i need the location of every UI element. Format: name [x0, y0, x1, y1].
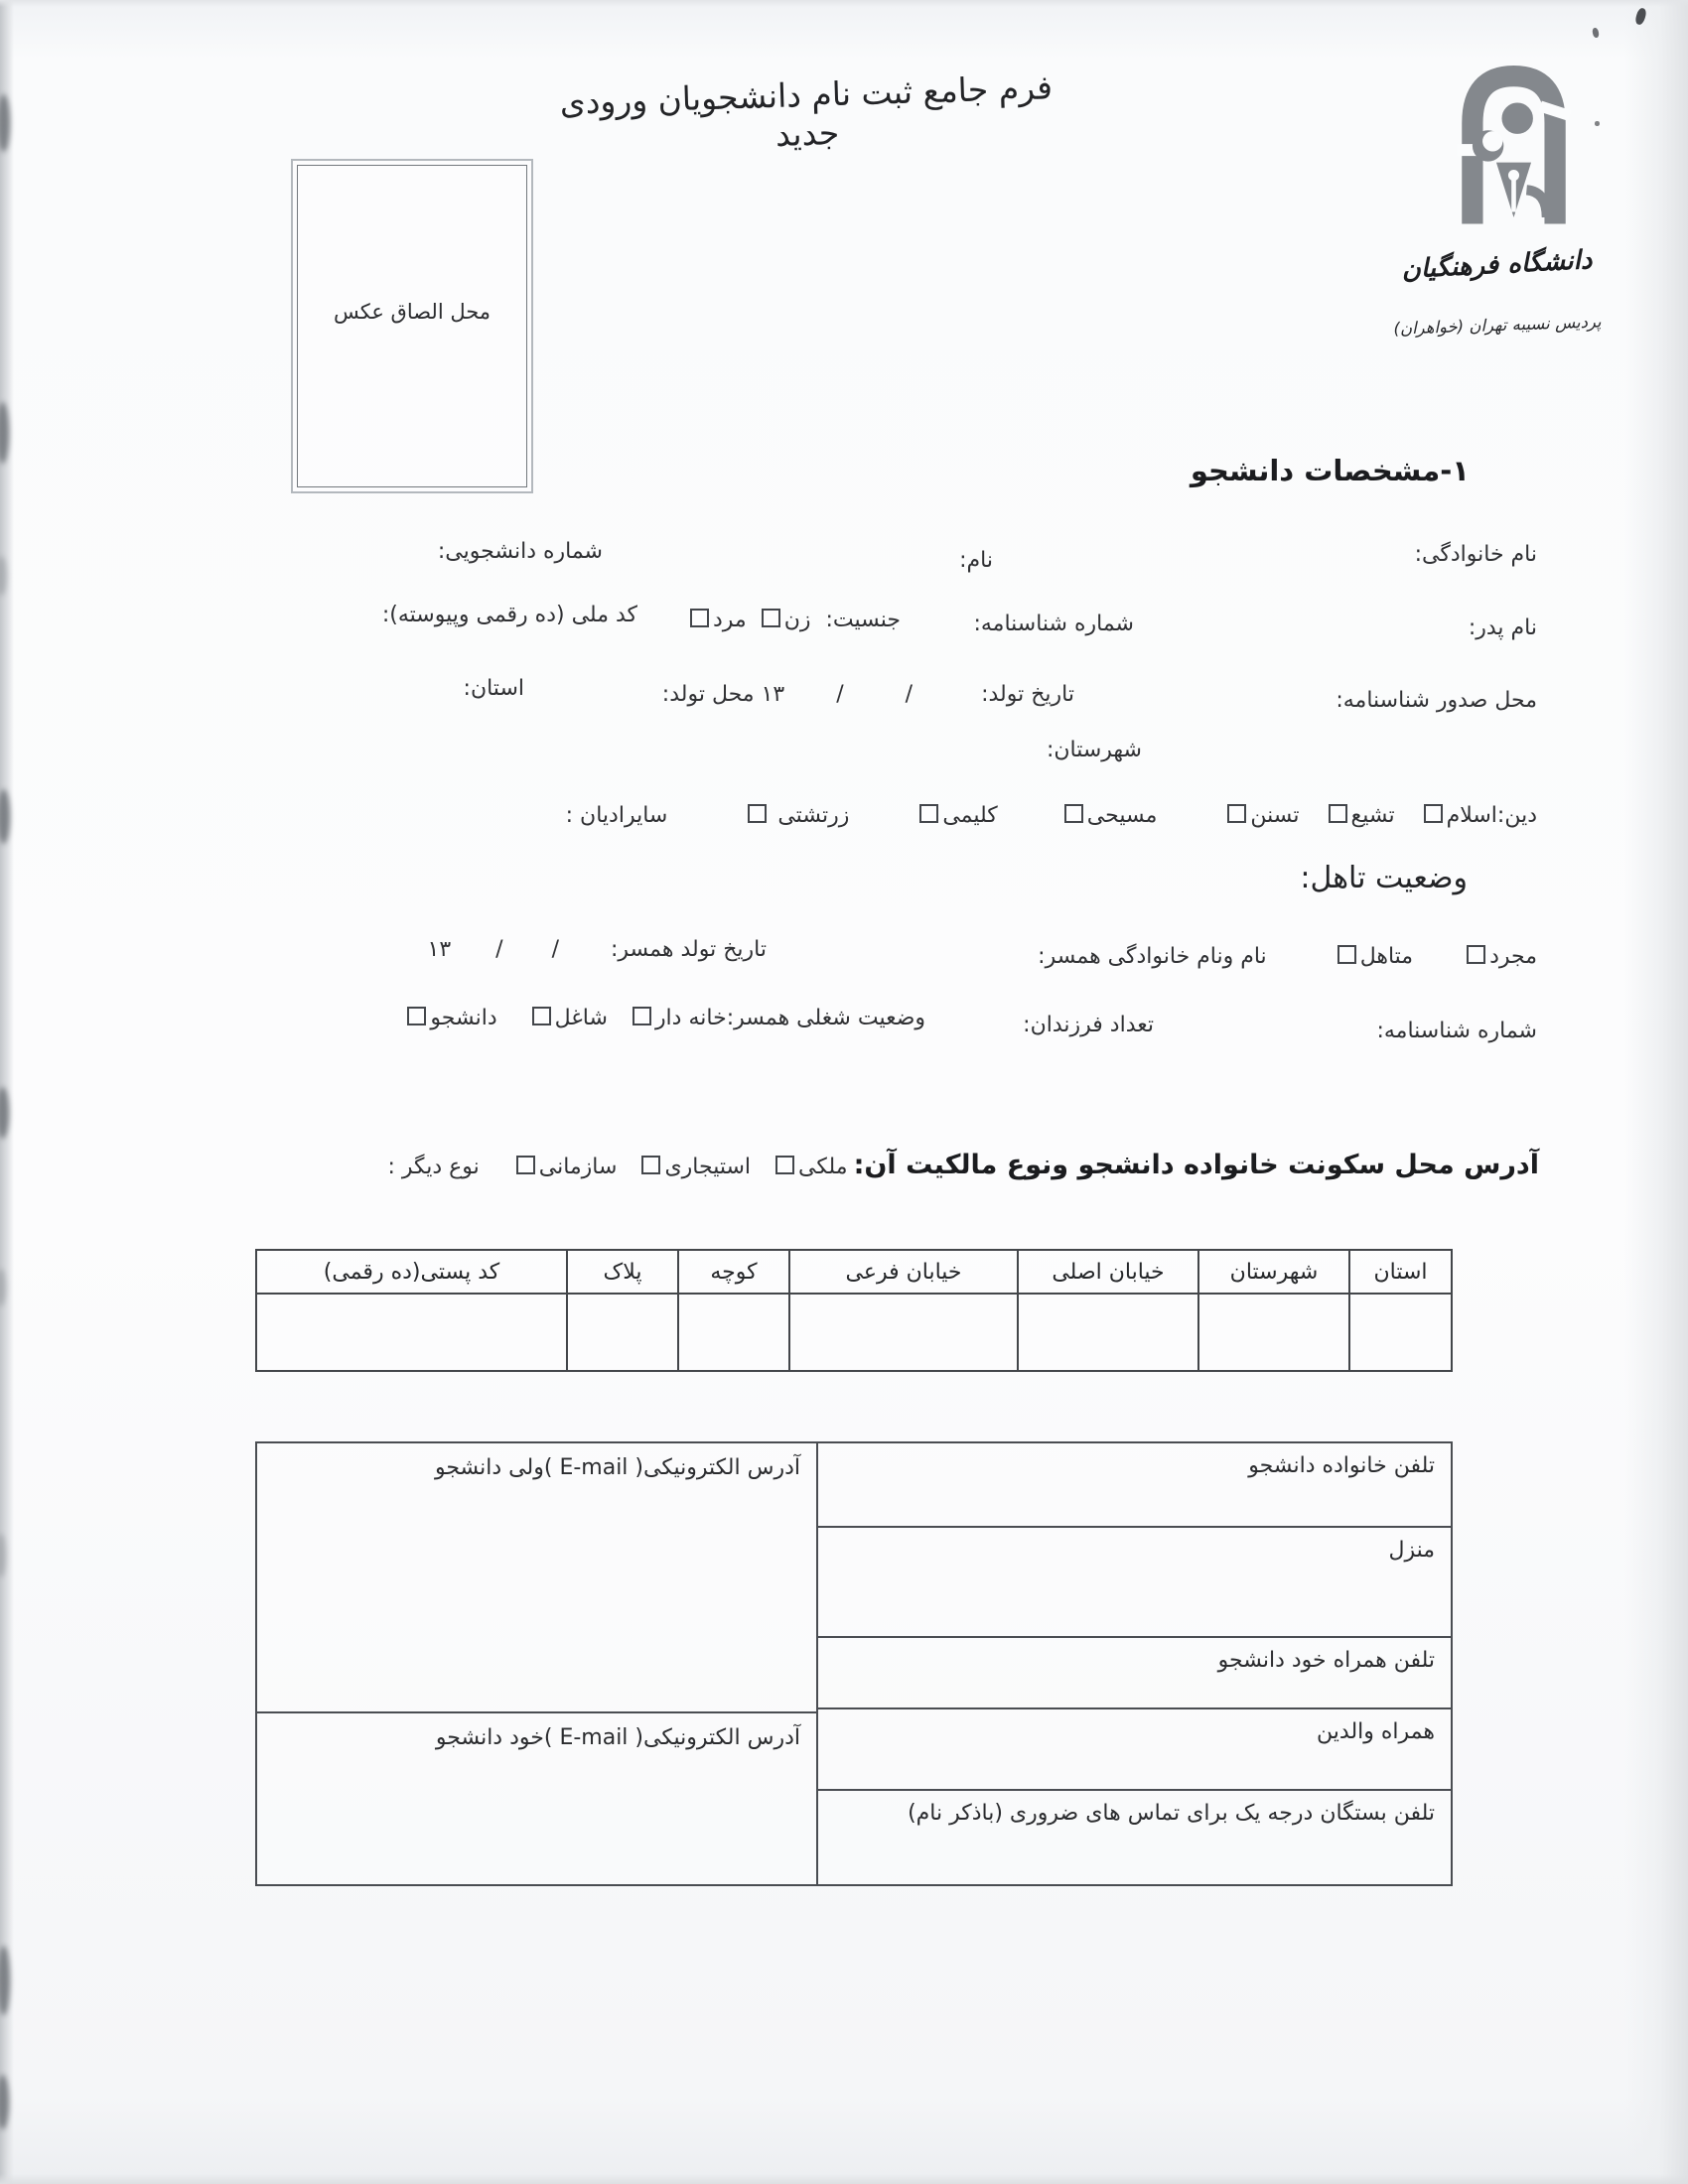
spouse-id-number-label: شماره شناسنامه: — [1376, 1019, 1537, 1043]
job-option: دانشجو — [405, 1006, 496, 1030]
id-number-label: شماره شناسنامه: — [973, 612, 1134, 636]
first-name-label: نام: — [959, 548, 993, 573]
religion-option: زرتشتی — [746, 803, 849, 828]
kalimi-checkbox — [919, 804, 938, 823]
owned-checkbox — [775, 1156, 794, 1174]
children-count-label: تعداد فرزندان: — [1023, 1013, 1154, 1037]
contact-table: آدرس الکترونیکی( E-mail )ولی دانشجو آدرس… — [255, 1441, 1453, 1886]
job-option: خانه دار — [631, 1006, 727, 1030]
ownership-option: استیجاری — [639, 1155, 751, 1179]
photo-box: محل الصاق عکس — [291, 159, 533, 493]
zartoshti-checkbox — [748, 804, 767, 823]
date-slash: / — [906, 682, 913, 707]
single-label: مجرد — [1465, 944, 1537, 969]
family-name-label: نام خانوادگی: — [1415, 542, 1537, 567]
birth-date-group: تاریخ تولد: / / ۱۳ محل تولد: — [662, 682, 1074, 707]
tashayo-checkbox — [1329, 804, 1347, 823]
address-cell-side-street — [788, 1295, 1017, 1370]
contact-table-phone-column: تلفن خانواده دانشجو منزل تلفن همراه خود … — [816, 1443, 1451, 1884]
student-number-label: شماره دانشجویی: — [438, 539, 603, 564]
address-cell-main-street — [1017, 1295, 1197, 1370]
address-cell-postal-code — [257, 1295, 566, 1370]
spouse-birth-group: تاریخ تولد همسر: / / ۱۳ — [428, 937, 767, 962]
phone-relatives-row: تلفن بستگان درجه یک برای تماس های ضروری … — [818, 1789, 1451, 1884]
address-cell-alley — [677, 1295, 788, 1370]
address-table-body-row — [257, 1295, 1451, 1370]
rented-checkbox — [641, 1156, 660, 1174]
phone-family-row: تلفن خانواده دانشجو — [818, 1443, 1451, 1526]
marital-status-row: مجرد متاهل نام ونام خانوادگی همسر: — [1038, 944, 1537, 969]
province-label: استان: — [464, 676, 524, 701]
section1-heading: ۱-مشخصات دانشجو — [1191, 454, 1470, 487]
date-slash: / — [552, 937, 559, 962]
birth-year-prefix: ۱۳ محل تولد: — [662, 682, 784, 707]
scan-edge-right — [1624, 0, 1688, 2184]
ownership-option: ملکی — [774, 1155, 848, 1179]
campus-name: پردیس نسیبه تهران (خواهران) — [1374, 312, 1621, 340]
address-heading: آدرس محل سکونت خانواده دانشجو ونوع مالکی… — [854, 1150, 1539, 1180]
job-option: شاغل — [530, 1006, 608, 1030]
other-ownership-label: نوع دیگر : — [388, 1155, 480, 1179]
address-header-plate: پلاک — [566, 1251, 677, 1295]
spouse-job-label: وضعیت شغلی همسر: — [727, 1006, 925, 1030]
spouse-birth-label: تاریخ تولد همسر: — [611, 937, 767, 962]
address-cell-county — [1197, 1295, 1348, 1370]
address-heading-row: آدرس محل سکونت خانواده دانشجو ونوع مالکی… — [388, 1150, 1540, 1180]
spouse-job-row: وضعیت شغلی همسر:خانه دار شاغل دانشجو — [405, 1006, 925, 1030]
university-name: دانشگاه فرهنگیان — [1379, 244, 1614, 286]
spouse-year-prefix: ۱۳ — [428, 937, 452, 962]
scanned-form-page: فرم جامع ثبت نام دانشجویان ورودی جدید دا… — [0, 0, 1688, 2184]
address-header-county: شهرستان — [1197, 1251, 1348, 1295]
spouse-name-label: نام ونام خانوادگی همسر: — [1038, 944, 1267, 969]
organizational-checkbox — [516, 1156, 535, 1174]
id-issue-place-label: محل صدور شناسنامه: — [1336, 688, 1537, 713]
address-header-main-street: خیابان اصلی — [1017, 1251, 1197, 1295]
phone-home-row: منزل — [818, 1526, 1451, 1636]
county-label: شهرستان: — [1047, 738, 1142, 762]
scan-edge-bottom — [0, 2174, 1688, 2184]
tasanon-checkbox — [1227, 804, 1246, 823]
address-cell-plate — [566, 1295, 677, 1370]
date-slash: / — [836, 682, 843, 707]
date-slash: / — [495, 937, 502, 962]
national-code-label: کد ملی (ده رقمی وپیوسته): — [382, 603, 637, 627]
father-name-label: نام پدر: — [1469, 615, 1537, 640]
student-checkbox — [407, 1007, 426, 1025]
photo-box-label: محل الصاق عکس — [334, 300, 491, 324]
religion-other-label: سایرادیان : — [566, 803, 668, 828]
gender-group: جنسیت: زن مرد — [688, 608, 901, 632]
religion-row: دین:اسلام تشیع تسنن مسیحی کلیمی زرتشتی س… — [566, 803, 1537, 828]
employed-checkbox — [532, 1007, 551, 1025]
phone-parents-mobile-row: همراه والدین — [818, 1707, 1451, 1789]
birth-date-label: تاریخ تولد: — [981, 682, 1074, 707]
marital-heading: وضعیت تاهل: — [1300, 861, 1468, 895]
address-header-postal-code: کد پستی(ده رقمی) — [257, 1251, 566, 1295]
email-guardian-cell: آدرس الکترونیکی( E-mail )ولی دانشجو — [257, 1443, 816, 1711]
married-checkbox — [1337, 945, 1356, 964]
contact-table-email-column: آدرس الکترونیکی( E-mail )ولی دانشجو آدرس… — [257, 1443, 816, 1884]
email-student-cell: آدرس الکترونیکی( E-mail )خود دانشجو — [257, 1711, 816, 1884]
masihi-checkbox — [1064, 804, 1083, 823]
address-table-header-row: استان شهرستان خیابان اصلی خیابان فرعی کو… — [257, 1251, 1451, 1295]
address-header-alley: کوچه — [677, 1251, 788, 1295]
religion-option: تسنن — [1225, 803, 1299, 828]
address-cell-province — [1348, 1295, 1451, 1370]
gender-male-label: مرد — [713, 608, 747, 632]
phone-student-mobile-row: تلفن همراه خود دانشجو — [818, 1636, 1451, 1707]
religion-option: کلیمی — [917, 803, 997, 828]
islam-checkbox — [1424, 804, 1443, 823]
birth-place-label: محل تولد: — [662, 682, 755, 707]
religion-islam-label: دین:اسلام — [1422, 803, 1537, 828]
female-checkbox — [762, 609, 780, 627]
ownership-option: سازمانی — [514, 1155, 618, 1179]
religion-option: مسیحی — [1062, 803, 1158, 828]
gender-label: جنسیت: — [825, 608, 901, 632]
scan-edge-top — [0, 0, 1688, 7]
male-checkbox — [690, 609, 709, 627]
address-header-province: استان — [1348, 1251, 1451, 1295]
page-title: فرم جامع ثبت نام دانشجویان ورودی جدید — [550, 68, 1063, 161]
gender-female-label: زن — [784, 608, 811, 632]
religion-option: تشیع — [1327, 803, 1395, 828]
housewife-checkbox — [633, 1007, 651, 1025]
address-header-side-street: خیابان فرعی — [788, 1251, 1017, 1295]
single-checkbox — [1467, 945, 1485, 964]
university-logo — [1422, 36, 1606, 242]
address-table: استان شهرستان خیابان اصلی خیابان فرعی کو… — [255, 1249, 1453, 1372]
married-label: متاهل — [1336, 944, 1413, 969]
